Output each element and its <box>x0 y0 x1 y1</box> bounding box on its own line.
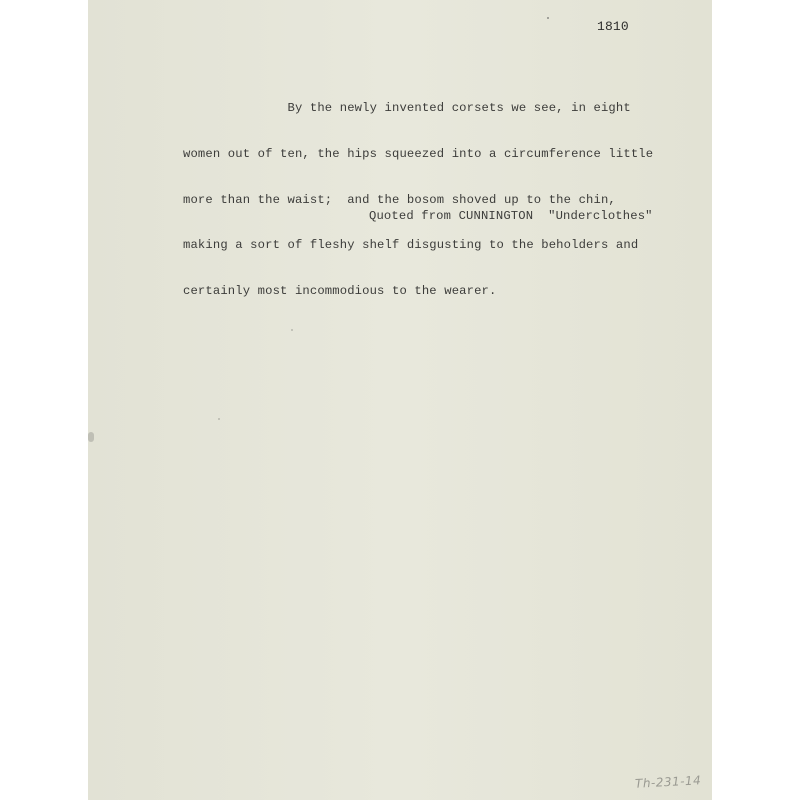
quote-line: By the newly invented corsets we see, in… <box>183 101 653 116</box>
handwritten-archive-mark: Th-231-14 <box>635 773 702 790</box>
quote-line: more than the waist; and the bosom shove… <box>183 193 653 208</box>
paper-smudge <box>88 432 94 442</box>
citation: Quoted from CUNNINGTON "Underclothes" <box>369 209 653 223</box>
quotation-paragraph: By the newly invented corsets we see, in… <box>183 71 653 329</box>
page-number: 1810 <box>597 19 629 34</box>
typewritten-page: 1810 By the newly invented corsets we se… <box>88 0 712 800</box>
paper-speck <box>547 17 549 19</box>
quote-line: making a sort of fleshy shelf disgusting… <box>183 238 653 253</box>
quote-line: women out of ten, the hips squeezed into… <box>183 147 653 162</box>
quote-line: certainly most incommodious to the weare… <box>183 284 653 299</box>
paper-speck <box>218 418 220 420</box>
paper-speck <box>291 329 293 331</box>
